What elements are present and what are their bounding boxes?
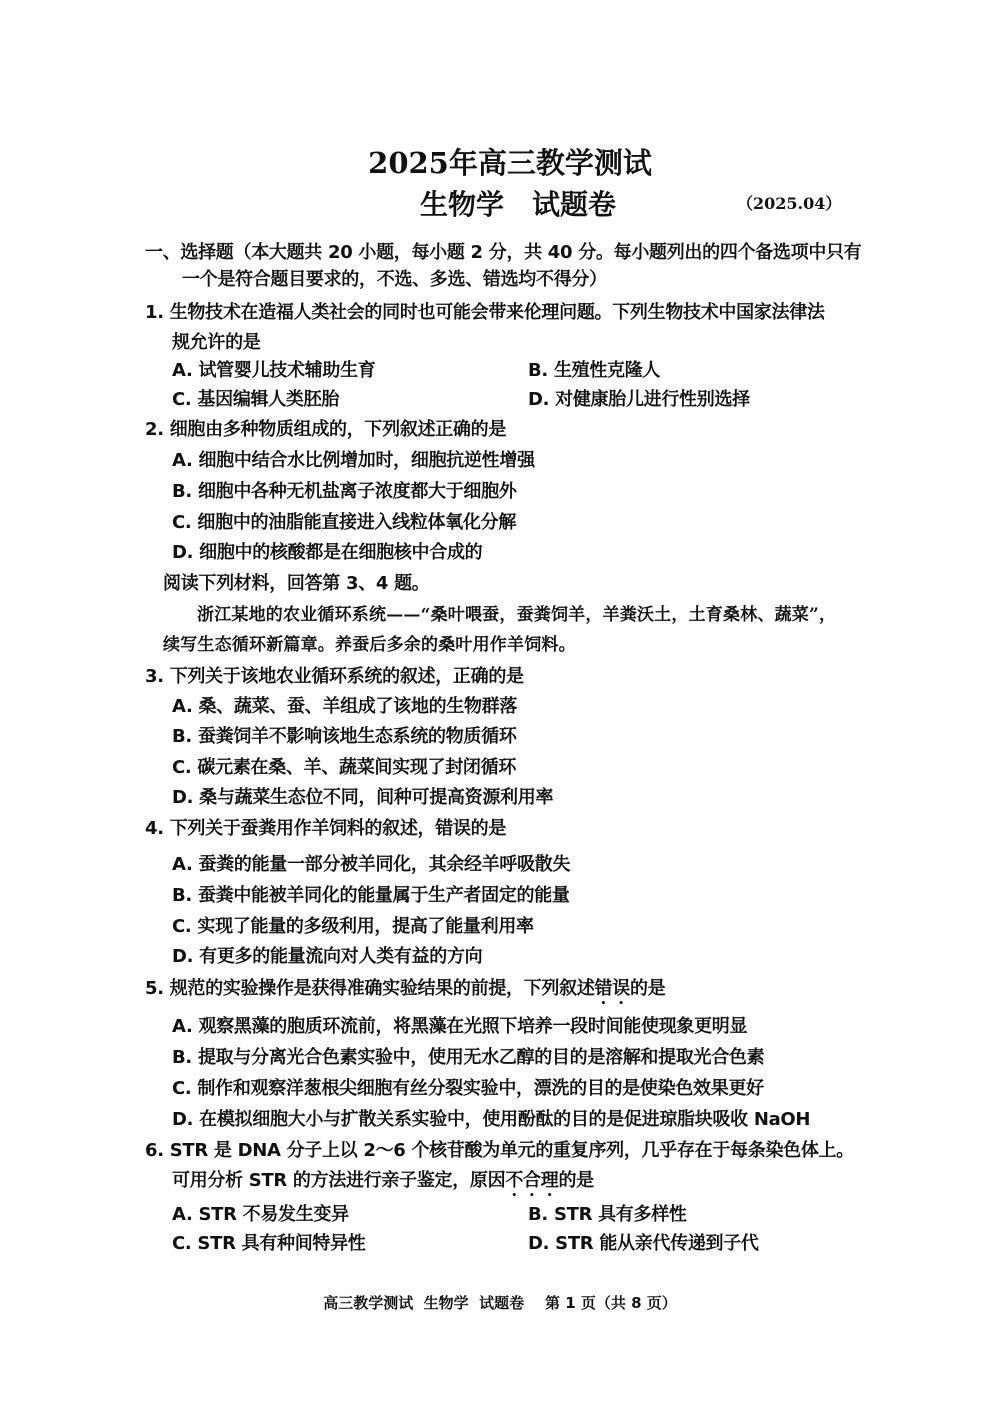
exam-title: 2025年高三教学测试 xyxy=(0,141,1000,182)
question-3-stem: 3. 下列关于该地农业循环系统的叙述，正确的是 xyxy=(145,662,524,688)
question-6-stem: 6. STR 是 DNA 分子上以 2～6 个核苷酸为单元的重复序列，几乎存在于… xyxy=(145,1136,854,1162)
question-2-option-a[interactable]: A. 细胞中结合水比例增加时，细胞抗逆性增强 xyxy=(172,446,535,472)
question-number: 6. xyxy=(145,1140,164,1161)
question-number: 2. xyxy=(145,419,164,440)
question-3-option-d[interactable]: D. 桑与蔬菜生态位不同，间种可提高资源利用率 xyxy=(172,783,553,809)
subject-title: 生物学试题卷 xyxy=(420,183,616,223)
question-1-option-a[interactable]: A. 试管婴儿技术辅助生育 xyxy=(172,356,375,382)
question-3-option-a[interactable]: A. 桑、蔬菜、蚕、羊组成了该地的生物群落 xyxy=(172,692,517,718)
question-6-option-b[interactable]: B. STR 具有多样性 xyxy=(528,1200,687,1226)
section-instructions-line2: 一个是符合题目要求的，不选、多选、错选均不得分） xyxy=(182,265,607,291)
question-6-option-a[interactable]: A. STR 不易发生变异 xyxy=(172,1200,349,1226)
section-instructions-line1: 一、选择题（本大题共 20 小题，每小题 2 分，共 40 分。每小题列出的四个… xyxy=(145,238,861,264)
question-5-option-b[interactable]: B. 提取与分离光合色素实验中，使用无水乙醇的目的是溶解和提取光合色素 xyxy=(172,1043,764,1069)
question-5-option-c[interactable]: C. 制作和观察洋葱根尖细胞有丝分裂实验中，漂洗的目的是使染色效果更好 xyxy=(172,1074,764,1100)
question-2-stem: 2. 细胞由多种物质组成的，下列叙述正确的是 xyxy=(145,415,506,441)
question-1-stem: 1. 生物技术在造福人类社会的同时也可能会带来伦理问题。下列生物技术中国家法律法 xyxy=(145,298,825,324)
exam-date: （2025.04） xyxy=(737,191,841,214)
question-3-option-b[interactable]: B. 蚕粪饲羊不影响该地生态系统的物质循环 xyxy=(172,722,517,748)
question-1-option-d[interactable]: D. 对健康胎儿进行性别选择 xyxy=(528,385,750,411)
reading-material-line2: 续写生态循环新篇章。养蚕后多余的桑叶用作羊饲料。 xyxy=(163,630,576,655)
emphasis-marked-text: 不合理 xyxy=(505,1170,558,1191)
question-1-stem-cont: 规允许的是 xyxy=(172,328,261,354)
question-4-option-d[interactable]: D. 有更多的能量流向对人类有益的方向 xyxy=(172,942,482,968)
question-6-option-d[interactable]: D. STR 能从亲代传递到子代 xyxy=(528,1229,759,1255)
question-2-option-d[interactable]: D. 细胞中的核酸都是在细胞核中合成的 xyxy=(172,538,482,564)
question-1-option-b[interactable]: B. 生殖性克隆人 xyxy=(528,356,660,382)
page-footer: 高三教学测试 生物学 试题卷 第 1 页（共 8 页） xyxy=(0,1292,1000,1313)
question-2-option-c[interactable]: C. 细胞中的油脂能直接进入线粒体氧化分解 xyxy=(172,508,516,534)
paper-type: 试题卷 xyxy=(532,188,616,221)
question-4-stem: 4. 下列关于蚕粪用作羊饲料的叙述，错误的是 xyxy=(145,814,506,840)
question-6-stem-cont: 可用分析 STR 的方法进行亲子鉴定，原因不合理的是 xyxy=(172,1166,594,1201)
question-4-option-a[interactable]: A. 蚕粪的能量一部分被羊同化，其余经羊呼吸散失 xyxy=(172,850,570,876)
question-5-option-a[interactable]: A. 观察黑藻的胞质环流前，将黑藻在光照下培养一段时间能使现象更明显 xyxy=(172,1012,747,1038)
question-6-option-c[interactable]: C. STR 具有种间特异性 xyxy=(172,1229,366,1255)
question-number: 5. xyxy=(145,978,164,999)
question-5-option-d[interactable]: D. 在模拟细胞大小与扩散关系实验中，使用酚酞的目的是促进琼脂块吸收 NaOH xyxy=(172,1105,810,1131)
question-number: 4. xyxy=(145,818,164,839)
subject-name: 生物学 xyxy=(420,188,504,221)
question-2-option-b[interactable]: B. 细胞中各种无机盐离子浓度都大于细胞外 xyxy=(172,477,517,503)
question-4-option-b[interactable]: B. 蚕粪中能被羊同化的能量属于生产者固定的能量 xyxy=(172,881,570,907)
question-number: 1. xyxy=(145,302,164,323)
exam-page: 2025年高三教学测试 生物学试题卷 （2025.04） 一、选择题（本大题共 … xyxy=(0,0,1000,1413)
question-5-stem: 5. 规范的实验操作是获得准确实验结果的前提，下列叙述错误的是 xyxy=(145,974,665,1009)
question-1-option-c[interactable]: C. 基因编辑人类胚胎 xyxy=(172,385,339,411)
emphasis-marked-text: 错误 xyxy=(595,978,630,999)
section-heading: 一、选择题 xyxy=(145,242,234,263)
question-number: 3. xyxy=(145,666,164,687)
question-4-option-c[interactable]: C. 实现了能量的多级利用，提高了能量利用率 xyxy=(172,912,534,938)
question-3-option-c[interactable]: C. 碳元素在桑、羊、蔬菜间实现了封闭循环 xyxy=(172,753,516,779)
reading-material-line1: 浙江某地的农业循环系统——“桑叶喂蚕，蚕粪饲羊，羊粪沃土，土育桑林、蔬菜”， xyxy=(197,600,836,625)
reading-intro: 阅读下列材料，回答第 3、4 题。 xyxy=(163,569,429,595)
